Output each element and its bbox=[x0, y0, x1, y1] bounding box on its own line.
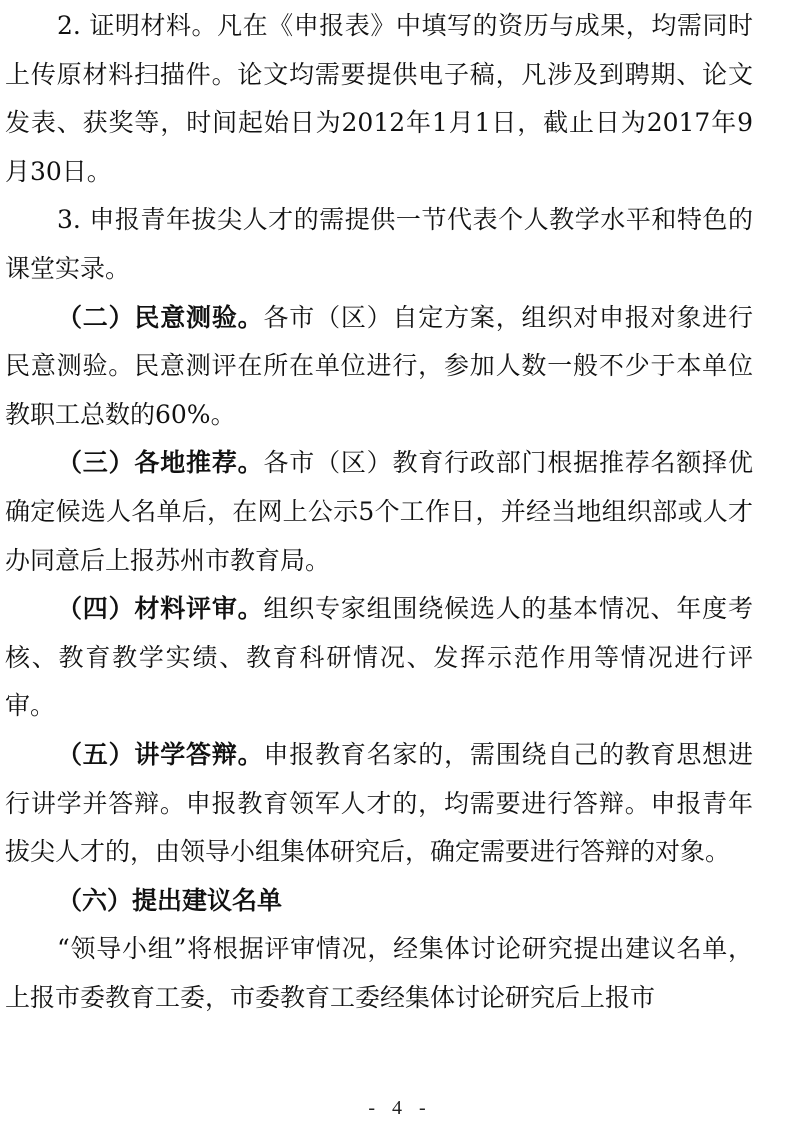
paragraph-text: “领导小组”将根据评审情况，经集体讨论研究提出建议名单，上报市委教育工委，市委教… bbox=[5, 934, 753, 1012]
paragraph-proof-materials: 2. 证明材料。凡在《申报表》中填写的资历与成果，均需同时上传原材料扫描件。论文… bbox=[5, 2, 753, 196]
paragraph-lecture-defense: （五）讲学答辩。申报教育名家的，需围绕自己的教育思想进行讲学并答辩。申报教育领军… bbox=[5, 731, 753, 877]
document-page: 2. 证明材料。凡在《申报表》中填写的资历与成果，均需同时上传原材料扫描件。论文… bbox=[5, 2, 753, 1022]
paragraph-public-opinion-test: （二）民意测验。各市（区）自定方案，组织对申报对象进行民意测验。民意测评在所在单… bbox=[5, 294, 753, 440]
paragraph-text: 3. 申报青年拔尖人才的需提供一节代表个人教学水平和特色的课堂实录。 bbox=[5, 205, 753, 283]
paragraph-leading-group: “领导小组”将根据评审情况，经集体讨论研究提出建议名单，上报市委教育工委，市委教… bbox=[5, 925, 753, 1022]
section-heading: （六）提出建议名单 bbox=[57, 886, 282, 915]
section-heading: （三）各地推荐。 bbox=[57, 448, 263, 477]
paragraph-text: 2. 证明材料。凡在《申报表》中填写的资历与成果，均需同时上传原材料扫描件。论文… bbox=[5, 11, 753, 186]
page-number: - 4 - bbox=[0, 1097, 800, 1120]
section-heading: （二）民意测验。 bbox=[57, 303, 263, 332]
paragraph-classroom-record: 3. 申报青年拔尖人才的需提供一节代表个人教学水平和特色的课堂实录。 bbox=[5, 196, 753, 293]
paragraph-local-recommendation: （三）各地推荐。各市（区）教育行政部门根据推荐名额择优确定候选人名单后，在网上公… bbox=[5, 439, 753, 585]
paragraph-propose-list: （六）提出建议名单 bbox=[5, 877, 753, 926]
paragraph-material-review: （四）材料评审。组织专家组围绕候选人的基本情况、年度考核、教育教学实绩、教育科研… bbox=[5, 585, 753, 731]
section-heading: （五）讲学答辩。 bbox=[57, 740, 263, 769]
section-heading: （四）材料评审。 bbox=[57, 594, 263, 623]
